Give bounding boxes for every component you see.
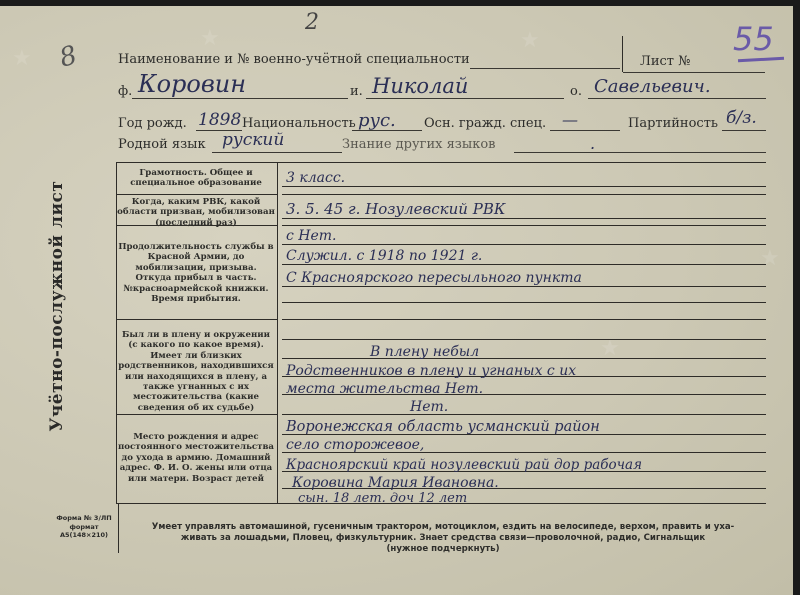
nationality-label: Национальность: [242, 116, 356, 131]
home-address-value: Красноярский край нозулевский рай дор ра…: [286, 457, 642, 473]
civil-spec-label: Осн. гражд. спец.: [424, 116, 546, 131]
form-code: Форма № 3/ЛП формат А5(148×210): [44, 514, 124, 540]
service-record-sheet: ★ ★ ★ ★ ★ Учётно-послужной лист 8 2 Лист…: [0, 6, 793, 595]
ruled-line: [282, 319, 766, 320]
civil-spec-underline: [550, 130, 620, 131]
education-value: 3 класс.: [286, 170, 345, 186]
service-period-value: Служил. с 1918 по 1921 г.: [286, 248, 482, 264]
specialty-underline: [470, 68, 620, 69]
native-language-label: Родной язык: [118, 137, 206, 152]
ruled-line: [282, 358, 766, 359]
form-code-line-1: Форма № 3/ЛП: [44, 514, 124, 523]
nationality-underline: [352, 130, 422, 131]
ruled-line: [282, 414, 766, 415]
party-value: б/з.: [726, 108, 757, 128]
sheet-box-divider: [622, 36, 623, 72]
row-separator: [116, 414, 278, 415]
arrived-from-value: С Красноярского пересыльного пункта: [286, 270, 582, 286]
other-languages-value: .: [590, 134, 595, 153]
row-label-captivity: Был ли в плену и окружении (с какого по …: [117, 330, 275, 413]
surname-label: ф.: [118, 84, 132, 99]
sheet-number-label: Лист №: [640, 54, 690, 69]
patronymic-value: Савельевич.: [594, 76, 711, 97]
ruled-line: [282, 194, 766, 195]
other-languages-underline: [514, 152, 766, 153]
party-underline: [722, 130, 766, 131]
surname-underline: [132, 98, 348, 99]
page-pencil-mark: 2: [305, 10, 319, 35]
row-separator: [116, 194, 278, 195]
row-label-conscription: Когда, каким РВК, какой области призван,…: [117, 197, 275, 228]
spouse-name-value: Коровина Мария Ивановна.: [292, 475, 499, 491]
captivity-extra-value: Нет.: [410, 399, 448, 415]
form-code-line-3: А5(148×210): [44, 531, 124, 540]
sheet-number-underline: [623, 72, 765, 73]
native-language-underline: [212, 152, 342, 153]
name-label: и.: [350, 84, 363, 99]
ruled-line: [282, 302, 766, 303]
row-label-address-family: Место рождения и адрес постоянного место…: [117, 432, 275, 484]
birth-year-label: Год рожд.: [118, 116, 187, 131]
relatives-captivity-value: Родственников в плену и угнаных с их: [286, 363, 576, 379]
skills-line-1: Умеет управлять автомашиной, гусеничным …: [118, 522, 768, 533]
margin-pencil-mark: 8: [56, 40, 80, 73]
row-separator: [116, 319, 278, 320]
native-language-value: руский: [222, 130, 284, 150]
nationality-value: рус.: [358, 110, 396, 131]
table-top-border: [116, 162, 766, 163]
watermark-star-icon: ★: [520, 28, 540, 53]
watermark-star-icon: ★: [12, 46, 32, 71]
skills-line-2: живать за лошадьми, Пловец, физкультурни…: [118, 533, 768, 544]
ruled-line: [282, 218, 766, 219]
document-side-title: Учётно-послужной лист: [47, 181, 67, 432]
ruled-line: [282, 264, 766, 265]
table-column-divider: [277, 162, 278, 504]
watermark-star-icon: ★: [760, 246, 780, 271]
other-languages-label: Знание других языков: [342, 137, 496, 152]
service-from-value: с Нет.: [286, 228, 337, 244]
birthplace-village-value: село сторожевое,: [286, 437, 424, 453]
birth-year-value: 1898: [198, 110, 241, 130]
ruled-line: [282, 286, 766, 287]
patronymic-underline: [588, 98, 766, 99]
skills-footnote: Умеет управлять автомашиной, гусеничным …: [118, 522, 768, 555]
form-code-line-2: формат: [44, 523, 124, 532]
party-label: Партийность: [628, 116, 718, 131]
row-label-education: Грамотность. Общее и специальное образов…: [117, 168, 275, 189]
specialty-label: Наименование и № военно-учётной специаль…: [118, 52, 470, 67]
ruled-line: [282, 339, 766, 340]
birthplace-value: Воронежская область усманский район: [286, 419, 600, 435]
sheet-number: 55: [733, 20, 774, 58]
row-label-service-duration: Продолжительность службы в Красной Армии…: [117, 242, 275, 304]
conscription-value: 3. 5. 45 г. Нозулевский РВК: [286, 200, 505, 218]
civil-spec-value: —: [562, 110, 578, 129]
patronymic-label: о.: [570, 84, 582, 99]
name-underline: [366, 98, 564, 99]
surname-value: Коровин: [138, 70, 246, 98]
ruled-line: [282, 186, 766, 187]
captivity-value: В плену небыл: [370, 344, 479, 360]
children-ages-value: сын. 18 лет. доч 12 лет: [298, 491, 467, 506]
ruled-line: [282, 244, 766, 245]
skills-line-3: (нужное подчеркнуть): [118, 544, 768, 555]
relatives-deported-value: места жительства Нет.: [286, 381, 483, 397]
name-value: Николай: [372, 74, 468, 98]
ruled-line: [282, 225, 766, 226]
watermark-star-icon: ★: [200, 26, 220, 51]
footer-left-rule: [118, 503, 119, 553]
